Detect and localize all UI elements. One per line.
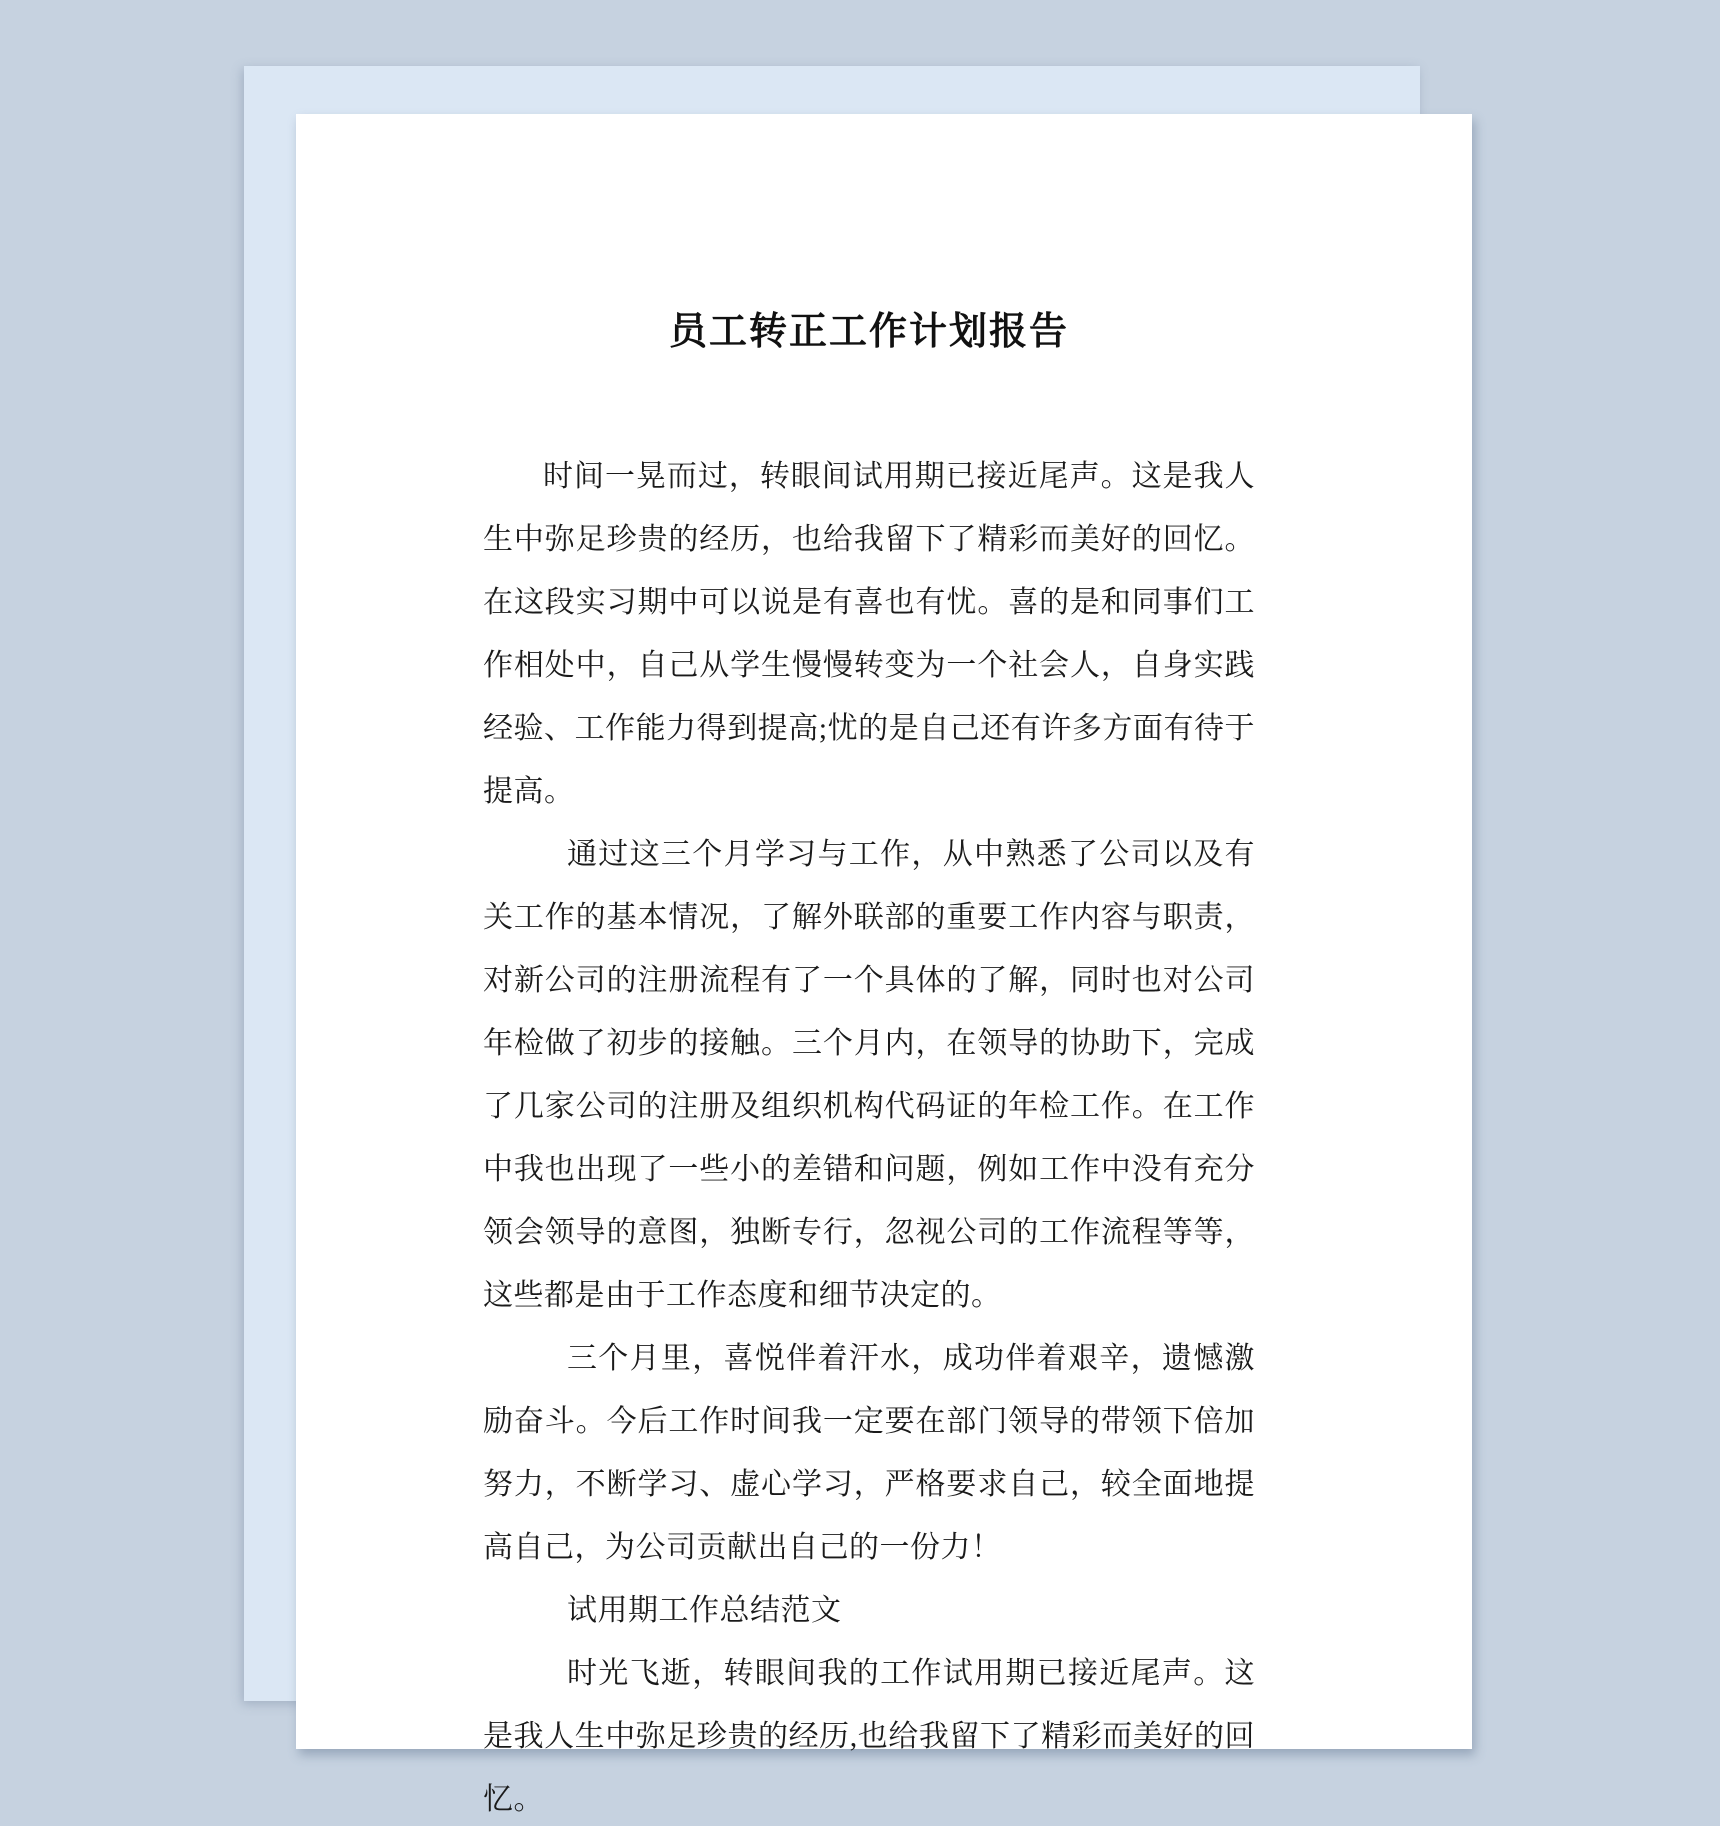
paragraph-subtitle: 试用期工作总结范文: [483, 1579, 1255, 1642]
paragraph: 时间一晃而过，转眼间试用期已接近尾声。这是我人生中弥足珍贵的经历，也给我留下了精…: [483, 445, 1255, 823]
workspace-background: { "document": { "title": "员工转正工作计划报告", "…: [0, 0, 1720, 1826]
paragraph: 时光飞逝，转眼间我的工作试用期已接近尾声。这是我人生中弥足珍贵的经历,也给我留下…: [483, 1642, 1255, 1826]
paragraph: 通过这三个月学习与工作，从中熟悉了公司以及有关工作的基本情况，了解外联部的重要工…: [483, 823, 1255, 1327]
document-page: 员工转正工作计划报告 时间一晃而过，转眼间试用期已接近尾声。这是我人生中弥足珍贵…: [296, 114, 1472, 1749]
paragraph: 三个月里，喜悦伴着汗水，成功伴着艰辛，遗憾激励奋斗。今后工作时间我一定要在部门领…: [483, 1327, 1255, 1579]
document-title: 员工转正工作计划报告: [483, 114, 1255, 354]
document-body: 时间一晃而过，转眼间试用期已接近尾声。这是我人生中弥足珍贵的经历，也给我留下了精…: [483, 445, 1255, 1826]
